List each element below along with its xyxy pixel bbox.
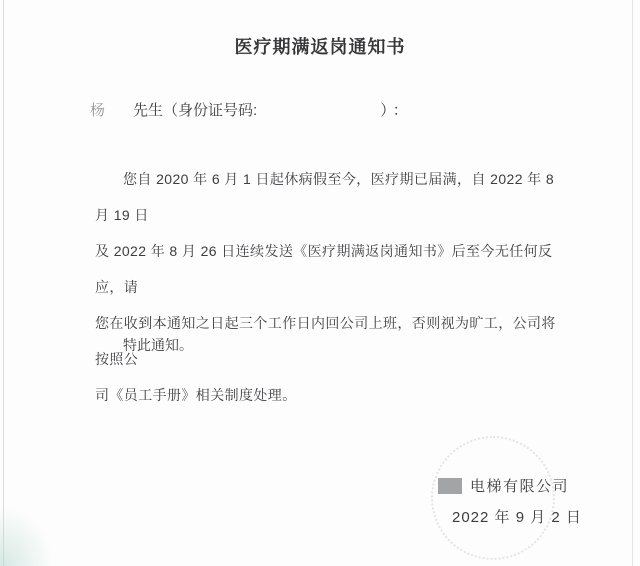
body-line-4: 司《员工手册》相关制度处理。 — [95, 377, 567, 413]
scan-corner-artifact — [0, 506, 54, 566]
scanned-notice-document: 医疗期满返岗通知书 杨先生（身份证号码:）： 您自 2020 年 6 月 1 日… — [0, 0, 640, 566]
id-number-label: （身份证号码: — [163, 102, 257, 119]
body-line-1: 您自 2020 年 6 月 1 日起休病假至今，医疗期已届满，自 2022 年 … — [95, 161, 567, 233]
recipient-surname: 杨 — [90, 99, 133, 120]
signature-company-line: 电梯有限公司 — [438, 477, 569, 494]
recipient-honorific: 先生 — [133, 102, 163, 119]
redacted-company-name-box — [438, 478, 462, 494]
faint-company-seal — [431, 436, 555, 560]
closing-statement: 特此通知。 — [95, 331, 193, 360]
scan-edge-right — [632, 0, 633, 566]
salutation-closing-punctuation: ）： — [380, 102, 413, 119]
company-name: 电梯有限公司 — [470, 475, 569, 496]
body-paragraph: 您自 2020 年 6 月 1 日起休病假至今，医疗期已届满，自 2022 年 … — [95, 161, 567, 413]
document-title: 医疗期满返岗通知书 — [0, 33, 640, 59]
salutation-line: 杨先生（身份证号码:）： — [90, 99, 413, 120]
body-line-2: 及 2022 年 8 月 26 日连续发送《医疗期满返岗通知书》后至今无任何反应… — [95, 233, 567, 305]
scan-edge-left — [3, 0, 4, 566]
signature-date: 2022 年 9 月 2 日 — [452, 506, 582, 527]
